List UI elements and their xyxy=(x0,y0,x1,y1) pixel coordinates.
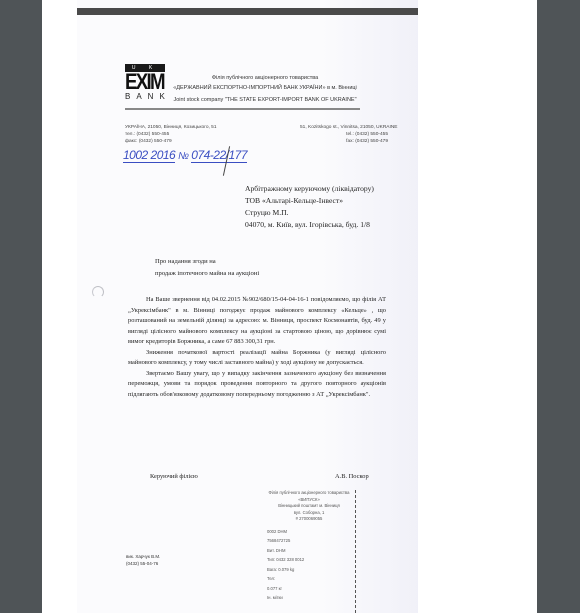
recipient-line: Арбітражному керуючому (ліквідатору) xyxy=(245,183,374,195)
signature-name: А.В. Поскор xyxy=(335,473,369,480)
body-paragraph: На Ваше звернення від 04.02.2015 №902/68… xyxy=(128,295,386,348)
ukreximbank-logo: U K R EXIM BANK xyxy=(125,64,165,102)
address-ua-tel: тел.: (0432) 550-455 xyxy=(125,131,217,138)
subject-line: продаж іпотечного майна на аукціоні xyxy=(155,268,259,280)
address-en: 51, Kozitskogo st., Vinnitsa, 21050, UKR… xyxy=(300,124,388,145)
letter-body: На Ваше звернення від 04.02.2015 №902/68… xyxy=(128,295,386,400)
executor-phone: (0432) 55-04-76 xyxy=(126,560,160,567)
recipient-line: Струцю М.П. xyxy=(245,207,374,219)
executor-name: вик. Харчук В.М. xyxy=(126,553,160,560)
subject-line: Про надання згоди на xyxy=(155,256,259,268)
executor-note: вик. Харчук В.М. (0432) 55-04-76 xyxy=(126,553,160,567)
stamp-rows: 0002 DHM 7568472725 Вит. DHM Тип: 0432 3… xyxy=(263,527,355,603)
signature-position: Керуючий філією xyxy=(150,473,198,480)
stamp-row: 0002 DHM xyxy=(267,527,355,537)
address-ua-fax: факс: (0432) 550-479 xyxy=(125,138,217,145)
postal-receipt-stamp: Філія публічного акціонерного товариства… xyxy=(263,490,356,613)
recipient-block: Арбітражному керуючому (ліквідатору) ТОВ… xyxy=(245,183,374,231)
stamp-row: Вит. DHM xyxy=(267,546,355,556)
ref-number: 074-22/177 xyxy=(191,148,247,163)
address-ua-street: УКРАЇНА, 21050, Вінниця, Козицького, 51 xyxy=(125,124,217,131)
recipient-line: ТОВ «Альтарі-Кельце-Інвест» xyxy=(245,195,374,207)
header-line-2: «ДЕРЖАВНИЙ ЕКСПОРТНО-ІМПОРТНИЙ БАНК УКРА… xyxy=(170,85,360,91)
body-paragraph: Зниження початкової вартості реалізації … xyxy=(128,348,386,369)
address-en-street: 51, Kozitskogo st., Vinnitsa, 21050, UKR… xyxy=(300,124,388,131)
punch-hole-mark xyxy=(92,286,104,298)
scan-top-edge xyxy=(77,8,418,15)
ref-separator: № xyxy=(178,151,188,162)
recipient-line: 04070, м. Київ, вул. Ігорівська, буд. 1/… xyxy=(245,219,374,231)
subject-block: Про надання згоди на продаж іпотечного м… xyxy=(155,256,259,280)
header-divider xyxy=(125,108,360,110)
header-line-3: Joint stock company "THE STATE EXPORT-IM… xyxy=(170,97,360,103)
ref-date: 1002 2016 xyxy=(123,148,175,163)
stamp-row: 7568472725 xyxy=(267,536,355,546)
address-en-fax: fax: (0432) 550-479 xyxy=(300,138,388,145)
stamp-header-line: Філія публічного акціонерного товариства… xyxy=(263,490,355,503)
logo-exim: EXIM xyxy=(125,72,159,92)
stamp-header-line: # 2700069055 xyxy=(263,516,355,523)
stamp-row: Ін. мітки xyxy=(267,593,355,603)
stamp-row: Тип: 0432 328 0012 xyxy=(267,555,355,565)
stamp-row: Вага: 0.079 kg xyxy=(267,565,355,575)
body-paragraph: Звертаємо Вашу увагу, що у випадку закін… xyxy=(128,369,386,401)
stamp-row: 0.077 кг xyxy=(267,584,355,594)
stamp-row: Тел: xyxy=(267,574,355,584)
address-ua: УКРАЇНА, 21050, Вінниця, Козицького, 51 … xyxy=(125,124,217,145)
stamp-header: Філія публічного акціонерного товариства… xyxy=(263,490,355,523)
address-en-tel: tel.: (0432) 550-455 xyxy=(300,131,388,138)
header-line-1: Філія публічного акціонерного товариства xyxy=(170,75,360,81)
